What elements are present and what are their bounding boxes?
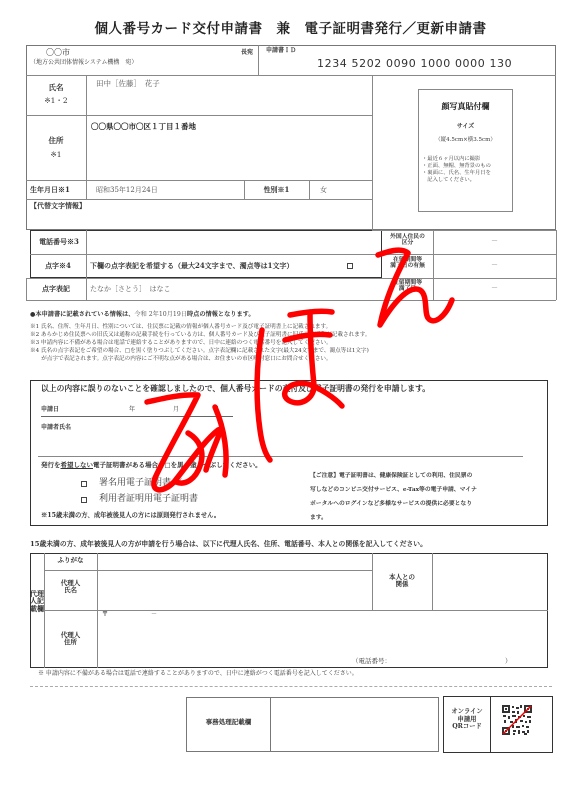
agent-name-field[interactable] bbox=[98, 571, 371, 609]
application-id-label: 申請書ＩＤ bbox=[266, 48, 296, 55]
braille-text-label: 点字表記 bbox=[26, 285, 86, 293]
applicant-signature-field[interactable] bbox=[90, 420, 530, 450]
birth-value[interactable]: 昭和35年12月24日 bbox=[96, 186, 158, 194]
address-note: ※1 bbox=[26, 151, 86, 160]
caution-line: ます。 bbox=[310, 515, 327, 522]
cert-instruction: 発行を希望しない電子証明書がある場合、□を黒く塗りつぶしてください。 bbox=[41, 461, 262, 469]
relation-field[interactable] bbox=[433, 554, 547, 609]
user-cert-label: 利用者証明用電子証明書 bbox=[99, 494, 198, 504]
agent-address-field[interactable] bbox=[110, 612, 540, 654]
qr-label: オンライン申請用QRコード bbox=[444, 708, 490, 731]
photo-note: ・正面、無帽、無背景のもの bbox=[422, 163, 491, 169]
alt-char-label: 【代替文字情報】 bbox=[30, 202, 86, 210]
gender-value[interactable]: 女 bbox=[320, 186, 327, 194]
photo-note: 記入してください。 bbox=[422, 177, 475, 183]
name-value[interactable]: 田中［佐藤］ 花子 bbox=[96, 80, 160, 89]
braille-checkbox[interactable] bbox=[347, 263, 353, 269]
caution-line: 【ご注意】電子証明書は、健康保険証としての利用、住民票の bbox=[310, 473, 472, 480]
note-item: ※2 あらかじめ住民票への旧氏又は通称の記載手続を行っている方は、個人番号カード… bbox=[30, 332, 371, 339]
user-cert-checkbox[interactable] bbox=[81, 497, 87, 503]
office-use-field bbox=[270, 697, 439, 752]
name-note: ※1・2 bbox=[26, 97, 86, 106]
postal-mark: 〒 bbox=[102, 612, 108, 619]
application-date-field[interactable] bbox=[41, 416, 233, 417]
birth-label: 生年月日※1 bbox=[30, 186, 70, 194]
furigana-field[interactable] bbox=[98, 554, 371, 570]
document-title: 個人番号カード交付申請書 兼 電子証明書発行／更新申請書 bbox=[0, 22, 581, 38]
declaration-statement: 以上の内容に誤りのないことを確認しましたので、個人番号カードの交付及び電子証明書… bbox=[41, 385, 430, 394]
year-label: 年 bbox=[129, 407, 135, 414]
agent-section-label: 代理人記載欄 bbox=[30, 590, 44, 612]
foreign-resident-label: 外国人住民の区分 bbox=[382, 234, 433, 247]
agent-name-label: 代理人氏名 bbox=[44, 580, 97, 595]
month-label: 月 bbox=[173, 407, 179, 414]
day-label: 日 bbox=[213, 407, 219, 414]
info-date-note: ●本申請書に記載されている情報は、令和 2年10月19日時点の情報となります。 bbox=[30, 311, 255, 319]
braille-label: 点字※4 bbox=[30, 262, 86, 270]
agent-phone-close: ） bbox=[505, 658, 512, 665]
signature-cert-label: 署名用電子証明書 ※ bbox=[99, 478, 183, 488]
photo-note: ・最近６ヶ月以内に撮影 bbox=[422, 156, 480, 162]
stay-period-exists-label: 在留期間等満了日の有無 bbox=[382, 257, 433, 270]
note-item: が点字で表記されます。点字表記の内容にご不明な点がある場合は、お住まいの市区町村… bbox=[30, 356, 332, 363]
stay-period-end-label: 在留期間等満了日 bbox=[382, 280, 433, 293]
photo-size-label: サイズ bbox=[418, 124, 513, 131]
note-item: ※1 氏名、住所、生年月日、性別については、住民票に記載の情報が個人番号カード及… bbox=[30, 324, 331, 331]
address-label: 住所 bbox=[26, 137, 86, 146]
name-label: 氏名 bbox=[26, 84, 86, 93]
photo-size-value: （縦4.5cm×横3.5cm） bbox=[418, 137, 513, 143]
caution-line: 写しなどのコンビニ交付サービス、e-Tax等の電子申請、マイナ bbox=[310, 487, 477, 494]
braille-text-value[interactable]: たなか［さとう］ はなこ bbox=[90, 285, 171, 293]
address-value[interactable]: 〇〇県〇〇市〇区１丁目１番地 bbox=[91, 123, 196, 132]
gender-label: 性別※1 bbox=[244, 186, 309, 194]
relation-label: 本人との関係 bbox=[372, 574, 432, 589]
application-id: 1234 5202 0090 1000 0000 130 bbox=[317, 58, 512, 71]
phone-field[interactable] bbox=[87, 231, 381, 253]
qr-code-icon bbox=[502, 705, 532, 735]
municipality: 〇〇市 bbox=[46, 48, 70, 57]
foreign-resident-value: － bbox=[433, 237, 556, 245]
note-item: ※3 申請内容に不備がある場合は電話で連絡することがありますので、日中に連絡のつ… bbox=[30, 340, 332, 347]
honorific: 長宛 bbox=[241, 50, 253, 57]
signature-cert-checkbox[interactable] bbox=[81, 481, 87, 487]
stay-period-exists-value: － bbox=[433, 261, 556, 269]
agent-address-label: 代理人住所 bbox=[44, 632, 97, 647]
cut-line bbox=[30, 686, 552, 687]
caution-line: ポータルへのログインなど多様なサービスの提供に必要となり bbox=[310, 501, 472, 508]
stay-period-end-value: － bbox=[433, 284, 556, 292]
note-item: ※4 氏名の点字表記をご希望の場合、□を黒く塗りつぶしてください。点字表記欄に記… bbox=[30, 348, 369, 355]
agent-intro: 15歳未満の方、成年被後見人の方が申請を行う場合は、以下に代理人氏名、住所、電話… bbox=[30, 540, 427, 548]
office-use-label: 事務処理記載欄 bbox=[186, 719, 271, 726]
photo-note: ・裏面に、氏名、生年月日を bbox=[422, 170, 491, 176]
braille-request: 下欄の点字表記を希望する（最大24文字まで、濁点等は1文字） bbox=[90, 262, 293, 270]
cert-footnote: ※15歳未満の方、成年被後見人の方には原則発行されません。 bbox=[41, 512, 220, 520]
addressee: （地方公共団体情報システム機構 宛） bbox=[30, 60, 137, 67]
furigana-label: ふりがな bbox=[44, 557, 97, 564]
phone-label: 電話番号※3 bbox=[32, 238, 86, 246]
agent-phone-label: （電話番号： bbox=[352, 658, 391, 665]
photo-title: 顔写真貼付欄 bbox=[418, 102, 513, 111]
applicant-name-label: 申請者氏名 bbox=[41, 425, 71, 432]
agent-footnote: ※ 申請内容に不備がある場合は電話で連絡することがありますので、日中に連絡がつく… bbox=[38, 670, 358, 678]
agent-phone-field[interactable] bbox=[395, 657, 505, 666]
application-date-label: 申請日 bbox=[41, 407, 59, 414]
